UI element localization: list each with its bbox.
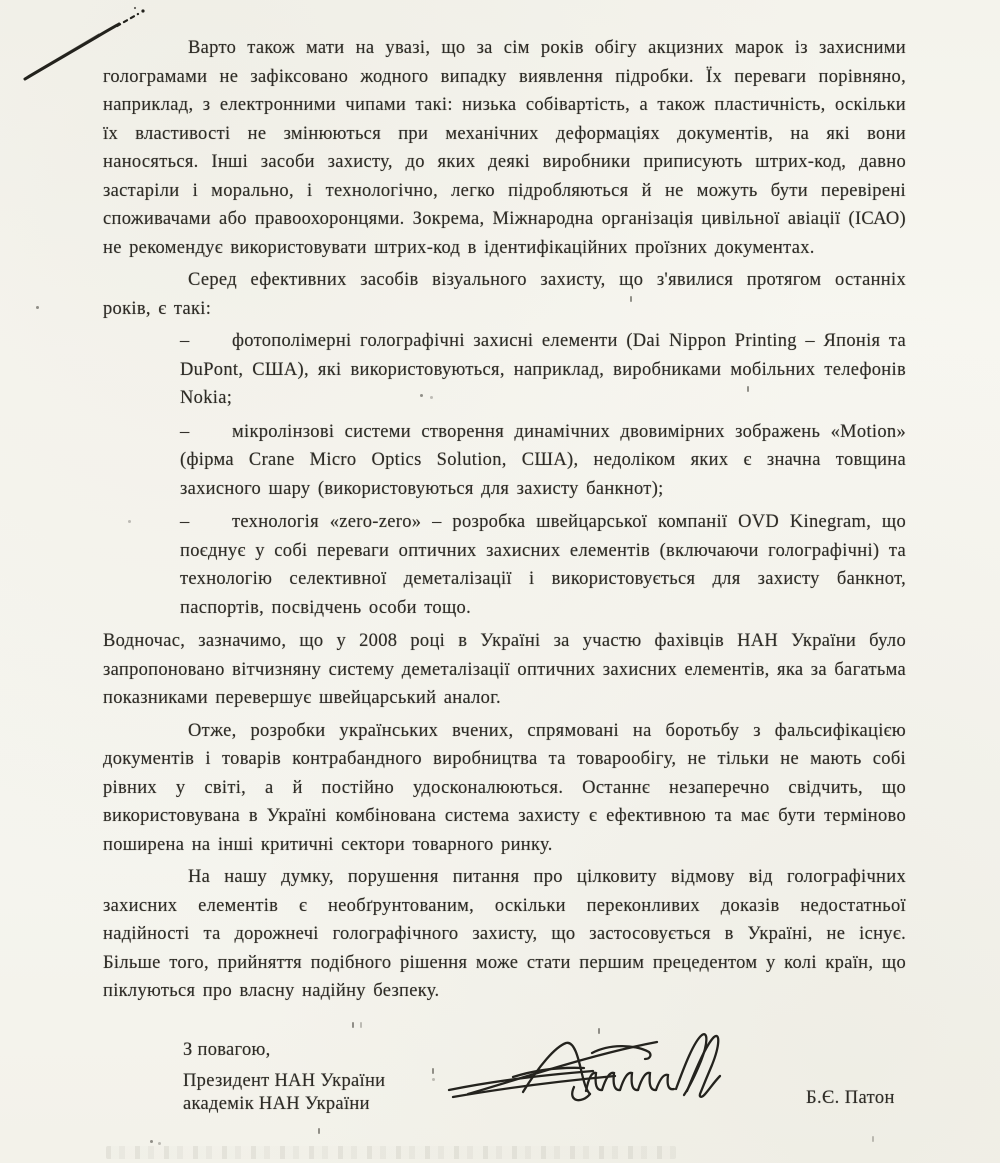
scan-speck [630, 296, 632, 302]
scan-speck [420, 394, 423, 397]
scanned-letter-page: Варто також мати на увазі, що за сім рок… [0, 0, 1000, 1163]
signer-title-line-1: Президент НАН України [183, 1070, 385, 1093]
bullet-dash: – [180, 418, 232, 447]
scan-speck [150, 1140, 153, 1143]
closing-block: З повагою, Президент НАН України академі… [183, 1040, 385, 1115]
bullet-dash: – [180, 327, 232, 356]
paragraph-intro: Варто також мати на увазі, що за сім рок… [103, 34, 906, 262]
scan-speck [360, 1022, 362, 1028]
bullet-text: фотополімерні голографічні захисні елеме… [180, 331, 906, 408]
scan-speck [128, 520, 131, 523]
bullet-item-zero-zero: –технологія «zero-zero» – розробка швейц… [103, 508, 906, 622]
paragraph-conclusion: Отже, розробки українських вчених, спрям… [103, 717, 906, 860]
letter-body: Варто також мати на увазі, що за сім рок… [103, 34, 906, 1010]
scan-speck [430, 396, 433, 399]
scan-speck [432, 1068, 434, 1074]
scan-speck [432, 1078, 435, 1081]
bullet-text: технологія «zero-zero» – розробка швейца… [180, 512, 906, 618]
scan-speck [36, 306, 39, 309]
scan-speck [872, 1136, 874, 1142]
paragraph-opinion: На нашу думку, порушення питання про ціл… [103, 863, 906, 1006]
bullet-item-microlens: –мікролінзові системи створення динамічн… [103, 418, 906, 504]
scan-speck [318, 1128, 320, 1134]
salutation: З повагою, [183, 1040, 385, 1061]
paragraph-2008-system: Водночас, зазначимо, що у 2008 році в Ук… [103, 627, 906, 713]
bullet-text: мікролінзові системи створення динамічни… [180, 422, 906, 499]
signer-title-line-2: академік НАН України [183, 1093, 385, 1116]
scan-speck [352, 1022, 354, 1028]
scan-speck [158, 1142, 161, 1145]
paragraph-lead-in: Серед ефективних засобів візуального зах… [103, 266, 906, 323]
bullet-item-photopolymer: –фотополімерні голографічні захисні елем… [103, 327, 906, 413]
bullet-dash: – [180, 508, 232, 537]
scan-edge-smudge [106, 1146, 676, 1159]
scan-speck [598, 1028, 600, 1034]
signer-name: Б.Є. Патон [806, 1088, 895, 1109]
signature-autograph [443, 1020, 743, 1110]
scan-speck [747, 386, 749, 392]
